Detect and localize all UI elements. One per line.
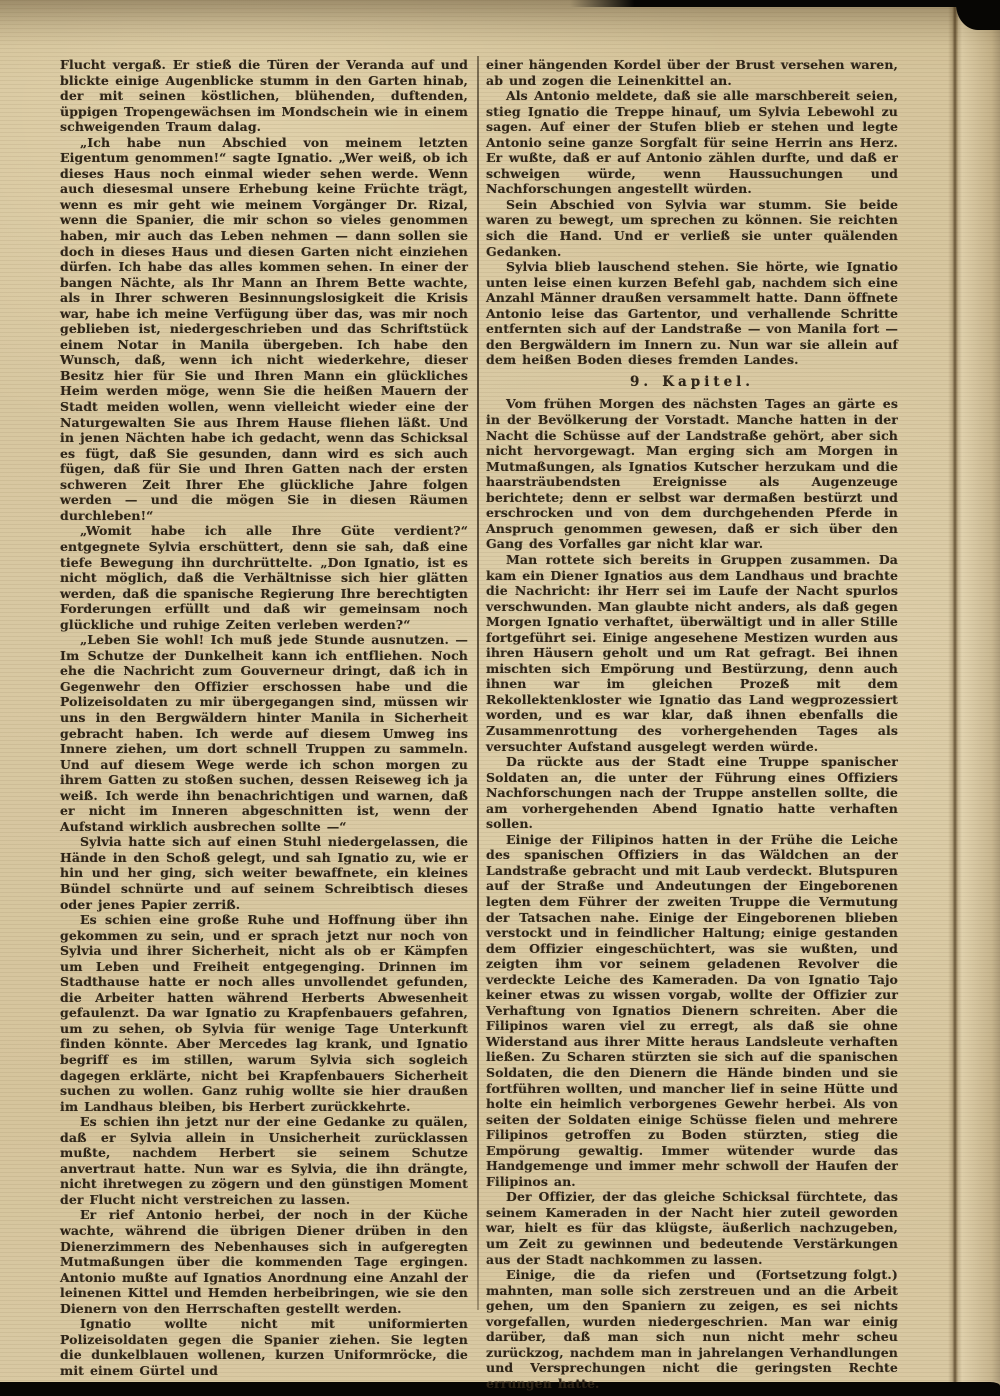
paragraph: Man rottete sich bereits in Gruppen zusa… [486, 552, 898, 754]
paragraph: Vom frühen Morgen des nächsten Tages an … [486, 396, 898, 551]
paragraph: Ignatio wollte nicht mit uniformierten P… [60, 1316, 468, 1378]
paragraph: „Leben Sie wohl! Ich muß jede Stunde aus… [60, 632, 468, 834]
scanned-newspaper-page: Flucht vergaß. Er stieß die Türen der Ve… [0, 0, 1000, 1396]
paragraph: Flucht vergaß. Er stieß die Türen der Ve… [60, 57, 468, 135]
paragraph: (Fortsetzung folgt.)Einige, die da riefe… [486, 1267, 898, 1391]
chapter-heading: 9. Kapitel. [486, 375, 898, 391]
continuation-note: (Fortsetzung folgt.) [735, 1267, 898, 1283]
paper-crease-line [948, 0, 962, 1396]
paper-crease-band [958, 0, 1000, 1396]
paragraph: Einige der Filipinos hatten in der Frühe… [486, 832, 898, 1190]
paragraph: Sylvia hatte sich auf einen Stuhl nieder… [60, 834, 468, 912]
paragraph: Sein Abschied von Sylvia war stumm. Sie … [486, 197, 898, 259]
paragraph: Da rückte aus der Stadt eine Truppe span… [486, 754, 898, 832]
paragraph: Der Offizier, der das gleiche Schicksal … [486, 1189, 898, 1267]
paragraph: „Womit habe ich alle Ihre Güte verdient?… [60, 523, 468, 632]
paragraph: Sylvia blieb lauschend stehen. Sie hörte… [486, 259, 898, 368]
paragraph: Als Antonio meldete, daß sie alle marsch… [486, 88, 898, 197]
column-divider-rule [477, 56, 479, 1310]
paragraph: Es schien eine große Ruhe und Hoffnung ü… [60, 912, 468, 1114]
paragraph: einer hängenden Kordel über der Brust ve… [486, 57, 898, 88]
paragraph: Es schien ihn jetzt nur der eine Gedanke… [60, 1114, 468, 1207]
paragraph: „Ich habe nun Abschied von meinem letzte… [60, 135, 468, 524]
text-column-left: Flucht vergaß. Er stieß die Türen der Ve… [60, 57, 468, 1378]
photo-background-top-edge [570, 0, 1000, 7]
paragraph: Er rief Antonio herbei, der noch in der … [60, 1207, 468, 1316]
text-column-right: einer hängenden Kordel über der Brust ve… [486, 57, 898, 1391]
